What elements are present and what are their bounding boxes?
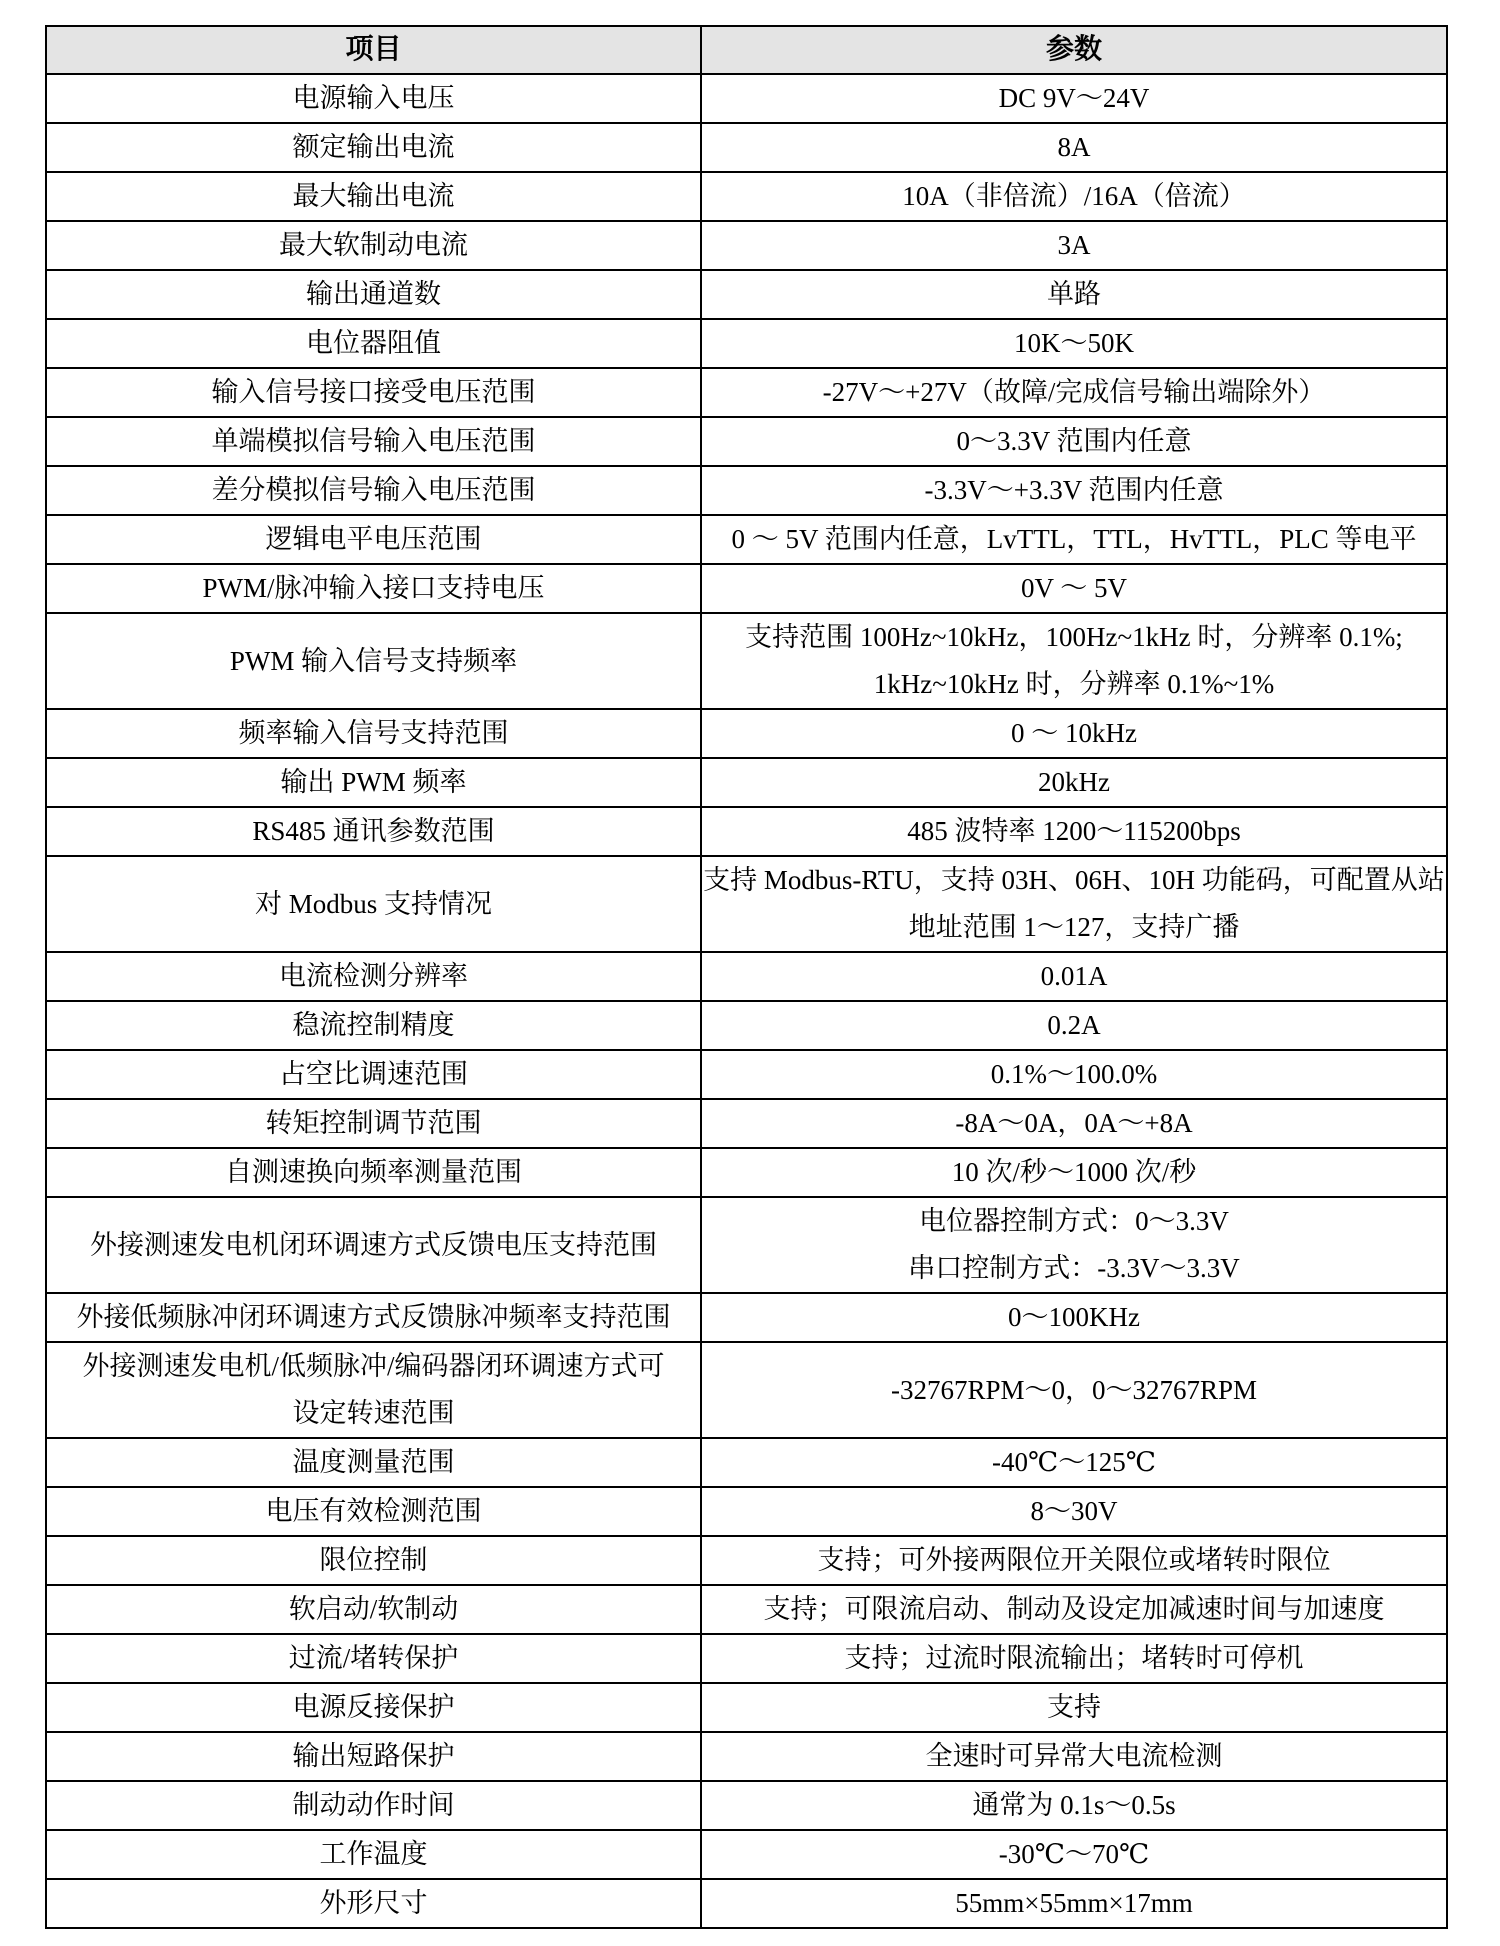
cell-line: 频率输入信号支持范围	[47, 710, 700, 757]
param-cell: 支持	[701, 1683, 1447, 1732]
table-row: 稳流控制精度0.2A	[46, 1001, 1447, 1050]
table-row: 差分模拟信号输入电压范围-3.3V～+3.3V 范围内任意	[46, 466, 1447, 515]
item-cell: 电位器阻值	[46, 319, 701, 368]
cell-line: 限位控制	[47, 1537, 700, 1584]
item-cell: 限位控制	[46, 1536, 701, 1585]
table-row: 电位器阻值10K～50K	[46, 319, 1447, 368]
table-header-row: 项目 参数	[46, 26, 1447, 74]
item-cell: 自测速换向频率测量范围	[46, 1148, 701, 1197]
cell-line: 最大输出电流	[47, 173, 700, 220]
item-cell: 转矩控制调节范围	[46, 1099, 701, 1148]
cell-line: 10 次/秒～1000 次/秒	[702, 1149, 1446, 1196]
cell-line: DC 9V～24V	[702, 75, 1446, 122]
header-cell-item: 项目	[46, 26, 701, 74]
param-cell: 10K～50K	[701, 319, 1447, 368]
item-cell: 输出短路保护	[46, 1732, 701, 1781]
param-cell: 0～100KHz	[701, 1293, 1447, 1342]
item-cell: 最大输出电流	[46, 172, 701, 221]
table-row: RS485 通讯参数范围485 波特率 1200～115200bps	[46, 807, 1447, 856]
item-cell: PWM 输入信号支持频率	[46, 613, 701, 709]
document-page: 项目 参数 电源输入电压DC 9V～24V额定输出电流8A最大输出电流10A（非…	[0, 0, 1500, 1946]
cell-line: 485 波特率 1200～115200bps	[702, 808, 1446, 855]
header-cell-param: 参数	[701, 26, 1447, 74]
param-cell: 支持范围 100Hz~10kHz，100Hz~1kHz 时，分辨率 0.1%;1…	[701, 613, 1447, 709]
table-row: 电压有效检测范围8～30V	[46, 1487, 1447, 1536]
cell-line: PWM 输入信号支持频率	[47, 638, 700, 685]
param-cell: 全速时可异常大电流检测	[701, 1732, 1447, 1781]
param-cell: 支持 Modbus-RTU，支持 03H、06H、10H 功能码，可配置从站地址…	[701, 856, 1447, 952]
cell-line: 0.1%～100.0%	[702, 1051, 1446, 1098]
item-cell: 工作温度	[46, 1830, 701, 1879]
cell-line: 单端模拟信号输入电压范围	[47, 418, 700, 465]
table-row: 温度测量范围-40℃～125℃	[46, 1438, 1447, 1487]
cell-line: 温度测量范围	[47, 1439, 700, 1486]
table-row: 逻辑电平电压范围0 ～ 5V 范围内任意，LvTTL，TTL，HvTTL，PLC…	[46, 515, 1447, 564]
item-cell: 最大软制动电流	[46, 221, 701, 270]
item-cell: 电源输入电压	[46, 74, 701, 123]
cell-line: -3.3V～+3.3V 范围内任意	[702, 467, 1446, 514]
cell-line: -8A～0A，0A～+8A	[702, 1100, 1446, 1147]
cell-line: 10K～50K	[702, 320, 1446, 367]
table-row: 软启动/软制动支持；可限流启动、制动及设定加减速时间与加速度	[46, 1585, 1447, 1634]
cell-line: 输出通道数	[47, 271, 700, 318]
param-cell: -27V～+27V（故障/完成信号输出端除外）	[701, 368, 1447, 417]
cell-line: -32767RPM～0，0～32767RPM	[702, 1367, 1446, 1414]
table-row: 电流检测分辨率0.01A	[46, 952, 1447, 1001]
table-row: 输出短路保护全速时可异常大电流检测	[46, 1732, 1447, 1781]
cell-line: 55mm×55mm×17mm	[702, 1880, 1446, 1927]
spec-table: 项目 参数 电源输入电压DC 9V～24V额定输出电流8A最大输出电流10A（非…	[45, 25, 1448, 1929]
cell-line: 10A（非倍流）/16A（倍流）	[702, 173, 1446, 220]
param-cell: 10 次/秒～1000 次/秒	[701, 1148, 1447, 1197]
cell-line: 软启动/软制动	[47, 1586, 700, 1633]
cell-line: 电压有效检测范围	[47, 1488, 700, 1535]
table-row: 额定输出电流8A	[46, 123, 1447, 172]
item-cell: 外接低频脉冲闭环调速方式反馈脉冲频率支持范围	[46, 1293, 701, 1342]
item-cell: 电压有效检测范围	[46, 1487, 701, 1536]
param-cell: -8A～0A，0A～+8A	[701, 1099, 1447, 1148]
param-cell: 8～30V	[701, 1487, 1447, 1536]
table-row: 外接低频脉冲闭环调速方式反馈脉冲频率支持范围0～100KHz	[46, 1293, 1447, 1342]
param-cell: 支持；可限流启动、制动及设定加减速时间与加速度	[701, 1585, 1447, 1634]
table-row: PWM/脉冲输入接口支持电压0V ～ 5V	[46, 564, 1447, 613]
cell-line: 外形尺寸	[47, 1880, 700, 1927]
cell-line: 稳流控制精度	[47, 1002, 700, 1049]
param-cell: DC 9V～24V	[701, 74, 1447, 123]
cell-line: 外接测速发电机闭环调速方式反馈电压支持范围	[47, 1222, 700, 1269]
cell-line: 支持	[702, 1684, 1446, 1731]
cell-line: 0 ～ 10kHz	[702, 710, 1446, 757]
param-cell: 55mm×55mm×17mm	[701, 1879, 1447, 1928]
table-row: 最大输出电流10A（非倍流）/16A（倍流）	[46, 172, 1447, 221]
param-cell: 通常为 0.1s～0.5s	[701, 1781, 1447, 1830]
item-cell: 制动动作时间	[46, 1781, 701, 1830]
param-cell: -3.3V～+3.3V 范围内任意	[701, 466, 1447, 515]
cell-line: 输出短路保护	[47, 1733, 700, 1780]
cell-line: 电位器阻值	[47, 320, 700, 367]
cell-line: 0 ～ 5V 范围内任意，LvTTL，TTL，HvTTL，PLC 等电平	[702, 516, 1446, 563]
cell-line: 8～30V	[702, 1488, 1446, 1535]
item-cell: RS485 通讯参数范围	[46, 807, 701, 856]
cell-line: 电源反接保护	[47, 1684, 700, 1731]
param-cell: -40℃～125℃	[701, 1438, 1447, 1487]
item-cell: 频率输入信号支持范围	[46, 709, 701, 758]
table-row: PWM 输入信号支持频率支持范围 100Hz~10kHz，100Hz~1kHz …	[46, 613, 1447, 709]
param-cell: 支持；可外接两限位开关限位或堵转时限位	[701, 1536, 1447, 1585]
param-cell: 0～3.3V 范围内任意	[701, 417, 1447, 466]
cell-line: 占空比调速范围	[47, 1051, 700, 1098]
table-row: 过流/堵转保护支持；过流时限流输出；堵转时可停机	[46, 1634, 1447, 1683]
item-cell: 软启动/软制动	[46, 1585, 701, 1634]
cell-line: 支持；可外接两限位开关限位或堵转时限位	[702, 1537, 1446, 1584]
table-row: 电源反接保护支持	[46, 1683, 1447, 1732]
cell-line: -40℃～125℃	[702, 1439, 1446, 1486]
cell-line: 电位器控制方式：0～3.3V	[702, 1198, 1446, 1245]
table-row: 输出通道数单路	[46, 270, 1447, 319]
item-cell: 稳流控制精度	[46, 1001, 701, 1050]
param-cell: 0 ～ 5V 范围内任意，LvTTL，TTL，HvTTL，PLC 等电平	[701, 515, 1447, 564]
table-row: 转矩控制调节范围-8A～0A，0A～+8A	[46, 1099, 1447, 1148]
cell-line: 外接低频脉冲闭环调速方式反馈脉冲频率支持范围	[47, 1294, 700, 1341]
cell-line: 电源输入电压	[47, 75, 700, 122]
param-cell: 支持；过流时限流输出；堵转时可停机	[701, 1634, 1447, 1683]
cell-line: 0.01A	[702, 953, 1446, 1000]
param-cell: 0V ～ 5V	[701, 564, 1447, 613]
cell-line: 0～3.3V 范围内任意	[702, 418, 1446, 465]
cell-line: 1kHz~10kHz 时，分辨率 0.1%~1%	[702, 661, 1446, 708]
param-cell: 单路	[701, 270, 1447, 319]
param-cell: 8A	[701, 123, 1447, 172]
item-cell: 输入信号接口接受电压范围	[46, 368, 701, 417]
table-row: 限位控制支持；可外接两限位开关限位或堵转时限位	[46, 1536, 1447, 1585]
cell-line: PWM/脉冲输入接口支持电压	[47, 565, 700, 612]
table-row: 外接测速发电机闭环调速方式反馈电压支持范围电位器控制方式：0～3.3V串口控制方…	[46, 1197, 1447, 1293]
table-row: 工作温度-30℃～70℃	[46, 1830, 1447, 1879]
param-cell: 485 波特率 1200～115200bps	[701, 807, 1447, 856]
item-cell: 电源反接保护	[46, 1683, 701, 1732]
param-cell: 20kHz	[701, 758, 1447, 807]
cell-line: 对 Modbus 支持情况	[47, 881, 700, 928]
cell-line: 输出 PWM 频率	[47, 759, 700, 806]
item-cell: 输出通道数	[46, 270, 701, 319]
param-cell: 3A	[701, 221, 1447, 270]
cell-line: 地址范围 1～127，支持广播	[702, 904, 1446, 951]
cell-line: 串口控制方式：-3.3V～3.3V	[702, 1245, 1446, 1292]
cell-line: 转矩控制调节范围	[47, 1100, 700, 1147]
item-cell: 外接测速发电机闭环调速方式反馈电压支持范围	[46, 1197, 701, 1293]
cell-line: -27V～+27V（故障/完成信号输出端除外）	[702, 369, 1446, 416]
param-cell: 0.1%～100.0%	[701, 1050, 1447, 1099]
cell-line: -30℃～70℃	[702, 1831, 1446, 1878]
table-row: 频率输入信号支持范围0 ～ 10kHz	[46, 709, 1447, 758]
cell-line: 支持；过流时限流输出；堵转时可停机	[702, 1635, 1446, 1682]
item-cell: 单端模拟信号输入电压范围	[46, 417, 701, 466]
item-cell: 差分模拟信号输入电压范围	[46, 466, 701, 515]
cell-line: 制动动作时间	[47, 1782, 700, 1829]
item-cell: 电流检测分辨率	[46, 952, 701, 1001]
param-cell: 10A（非倍流）/16A（倍流）	[701, 172, 1447, 221]
cell-line: 设定转速范围	[47, 1390, 700, 1437]
cell-line: 0.2A	[702, 1002, 1446, 1049]
param-cell: 电位器控制方式：0～3.3V串口控制方式：-3.3V～3.3V	[701, 1197, 1447, 1293]
cell-line: 输入信号接口接受电压范围	[47, 369, 700, 416]
table-row: 外形尺寸55mm×55mm×17mm	[46, 1879, 1447, 1928]
cell-line: 差分模拟信号输入电压范围	[47, 467, 700, 514]
cell-line: 自测速换向频率测量范围	[47, 1149, 700, 1196]
table-row: 制动动作时间通常为 0.1s～0.5s	[46, 1781, 1447, 1830]
cell-line: 通常为 0.1s～0.5s	[702, 1782, 1446, 1829]
cell-line: RS485 通讯参数范围	[47, 808, 700, 855]
cell-line: 8A	[702, 124, 1446, 171]
table-row: 单端模拟信号输入电压范围0～3.3V 范围内任意	[46, 417, 1447, 466]
item-cell: 外接测速发电机/低频脉冲/编码器闭环调速方式可设定转速范围	[46, 1342, 701, 1438]
cell-line: 工作温度	[47, 1831, 700, 1878]
table-row: 自测速换向频率测量范围10 次/秒～1000 次/秒	[46, 1148, 1447, 1197]
table-row: 外接测速发电机/低频脉冲/编码器闭环调速方式可设定转速范围-32767RPM～0…	[46, 1342, 1447, 1438]
param-cell: -32767RPM～0，0～32767RPM	[701, 1342, 1447, 1438]
cell-line: 支持 Modbus-RTU，支持 03H、06H、10H 功能码，可配置从站	[702, 857, 1446, 904]
table-row: 输出 PWM 频率20kHz	[46, 758, 1447, 807]
table-row: 占空比调速范围0.1%～100.0%	[46, 1050, 1447, 1099]
param-cell: 0.01A	[701, 952, 1447, 1001]
item-cell: 输出 PWM 频率	[46, 758, 701, 807]
cell-line: 支持；可限流启动、制动及设定加减速时间与加速度	[702, 1586, 1446, 1633]
table-row: 最大软制动电流3A	[46, 221, 1447, 270]
item-cell: 逻辑电平电压范围	[46, 515, 701, 564]
item-cell: 温度测量范围	[46, 1438, 701, 1487]
cell-line: 额定输出电流	[47, 124, 700, 171]
item-cell: 过流/堵转保护	[46, 1634, 701, 1683]
cell-line: 最大软制动电流	[47, 222, 700, 269]
cell-line: 20kHz	[702, 759, 1446, 806]
cell-line: 单路	[702, 271, 1446, 318]
param-cell: 0.2A	[701, 1001, 1447, 1050]
table-row: 输入信号接口接受电压范围-27V～+27V（故障/完成信号输出端除外）	[46, 368, 1447, 417]
item-cell: 对 Modbus 支持情况	[46, 856, 701, 952]
table-row: 对 Modbus 支持情况支持 Modbus-RTU，支持 03H、06H、10…	[46, 856, 1447, 952]
cell-line: 电流检测分辨率	[47, 953, 700, 1000]
cell-line: 过流/堵转保护	[47, 1635, 700, 1682]
cell-line: 全速时可异常大电流检测	[702, 1733, 1446, 1780]
cell-line: 外接测速发电机/低频脉冲/编码器闭环调速方式可	[47, 1343, 700, 1390]
param-cell: -30℃～70℃	[701, 1830, 1447, 1879]
item-cell: 占空比调速范围	[46, 1050, 701, 1099]
cell-line: 支持范围 100Hz~10kHz，100Hz~1kHz 时，分辨率 0.1%;	[702, 614, 1446, 661]
cell-line: 3A	[702, 222, 1446, 269]
spec-table-body: 电源输入电压DC 9V～24V额定输出电流8A最大输出电流10A（非倍流）/16…	[46, 74, 1447, 1928]
cell-line: 0～100KHz	[702, 1294, 1446, 1341]
param-cell: 0 ～ 10kHz	[701, 709, 1447, 758]
cell-line: 0V ～ 5V	[702, 565, 1446, 612]
item-cell: 额定输出电流	[46, 123, 701, 172]
item-cell: 外形尺寸	[46, 1879, 701, 1928]
cell-line: 逻辑电平电压范围	[47, 516, 700, 563]
item-cell: PWM/脉冲输入接口支持电压	[46, 564, 701, 613]
table-row: 电源输入电压DC 9V～24V	[46, 74, 1447, 123]
